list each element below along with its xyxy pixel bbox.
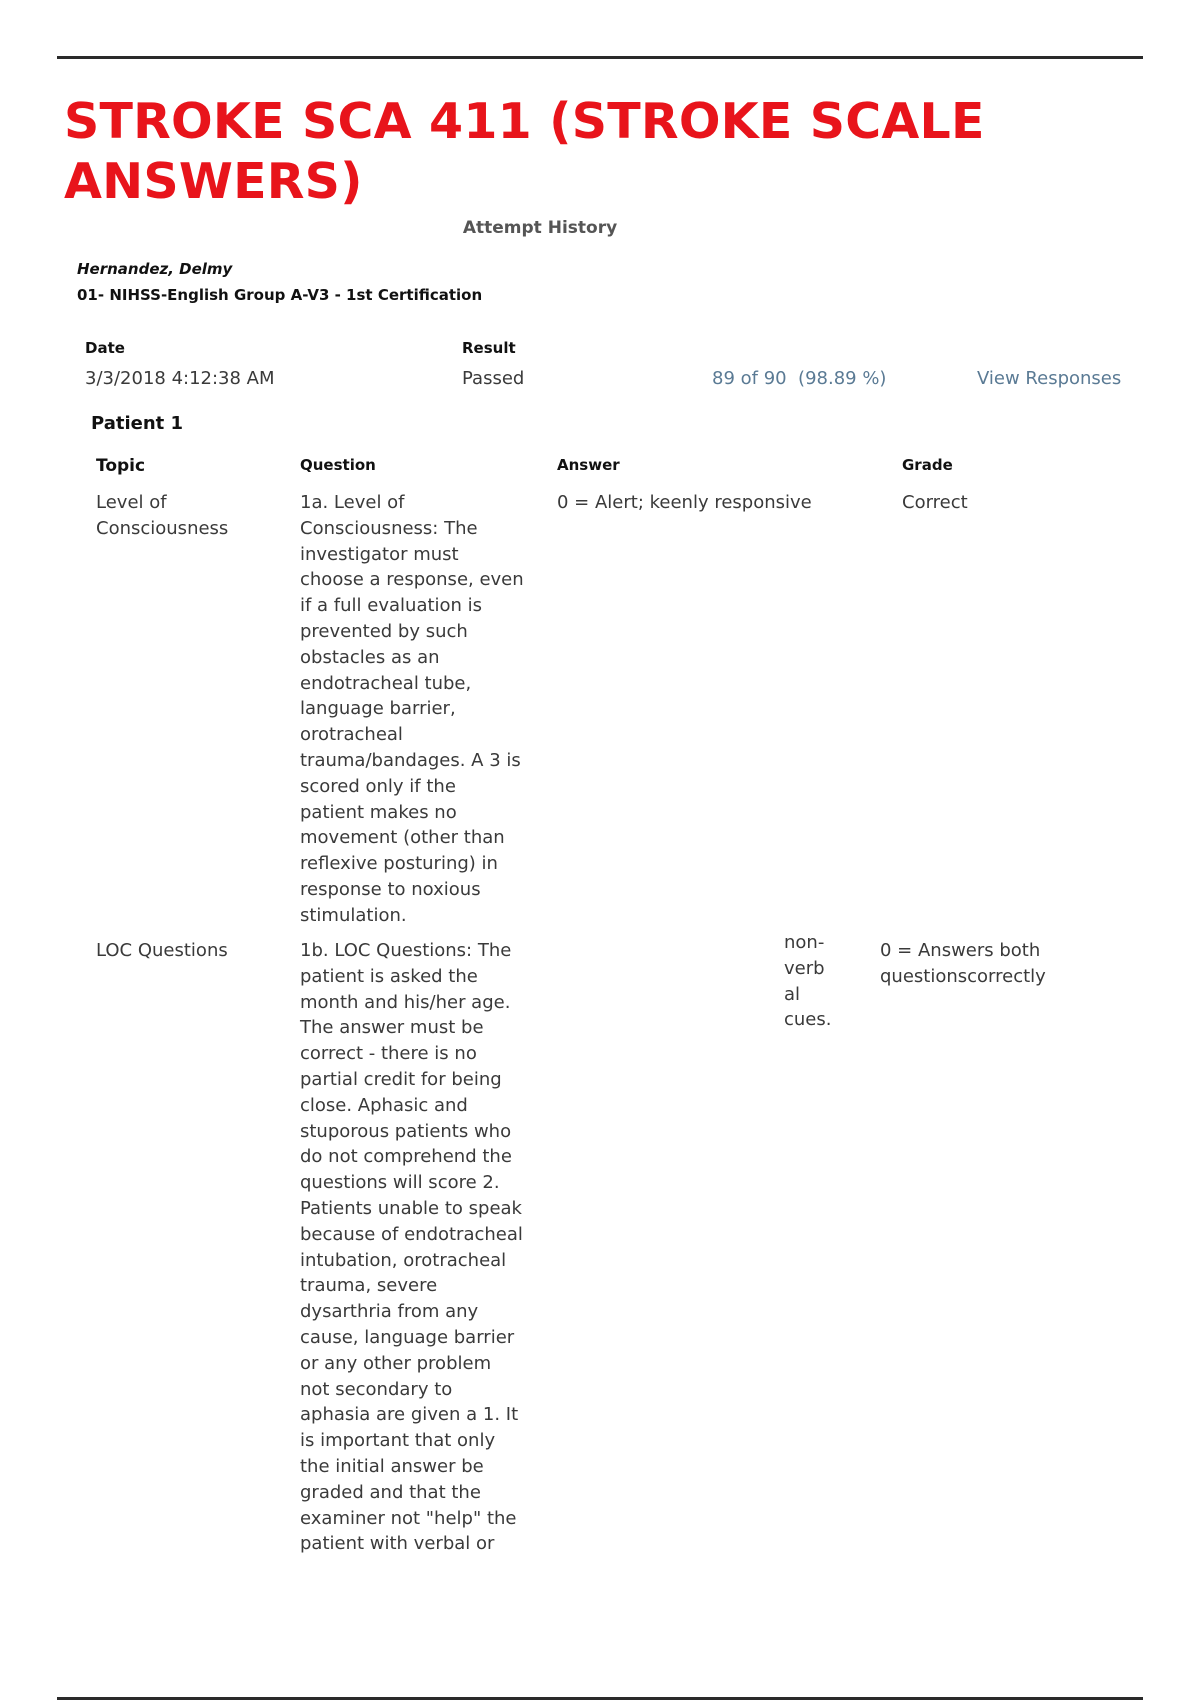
- row-grade: Correct: [902, 490, 968, 516]
- course-name: 01- NIHSS-English Group A-V3 - 1st Certi…: [77, 286, 482, 304]
- learner-name: Hernandez, Delmy: [77, 260, 232, 278]
- row-topic: LOC Questions: [96, 938, 286, 964]
- column-header-topic: Topic: [96, 456, 286, 476]
- row-question: 1a. Level of Consciousness: The investig…: [300, 490, 550, 929]
- column-header-answer: Answer: [557, 456, 877, 474]
- row-topic: Level of Consciousness: [96, 490, 286, 542]
- attempt-result: Passed: [462, 368, 524, 389]
- view-responses-link[interactable]: View Responses: [977, 368, 1121, 389]
- row-answer: 0 = Answers both questionscorrectly: [880, 938, 1140, 990]
- patient-heading: Patient 1: [91, 413, 183, 434]
- top-divider: [57, 56, 1143, 59]
- attempt-date: 3/3/2018 4:12:38 AM: [85, 368, 275, 389]
- column-header-question: Question: [300, 456, 550, 474]
- row-answer: 0 = Alert; keenly responsive: [557, 490, 877, 516]
- section-heading: Attempt History: [0, 218, 1080, 238]
- row-question-overflow: non- verb al cues.: [784, 930, 854, 1033]
- column-header-grade: Grade: [902, 456, 953, 474]
- attempt-score: 89 of 90 (98.89 %): [712, 368, 886, 389]
- row-question: 1b. LOC Questions: The patient is asked …: [300, 938, 550, 1557]
- result-header: Result: [462, 339, 516, 357]
- document-title: STROKE SCA 411 (STROKE SCALE ANSWERS): [64, 92, 1064, 212]
- date-header: Date: [85, 339, 125, 357]
